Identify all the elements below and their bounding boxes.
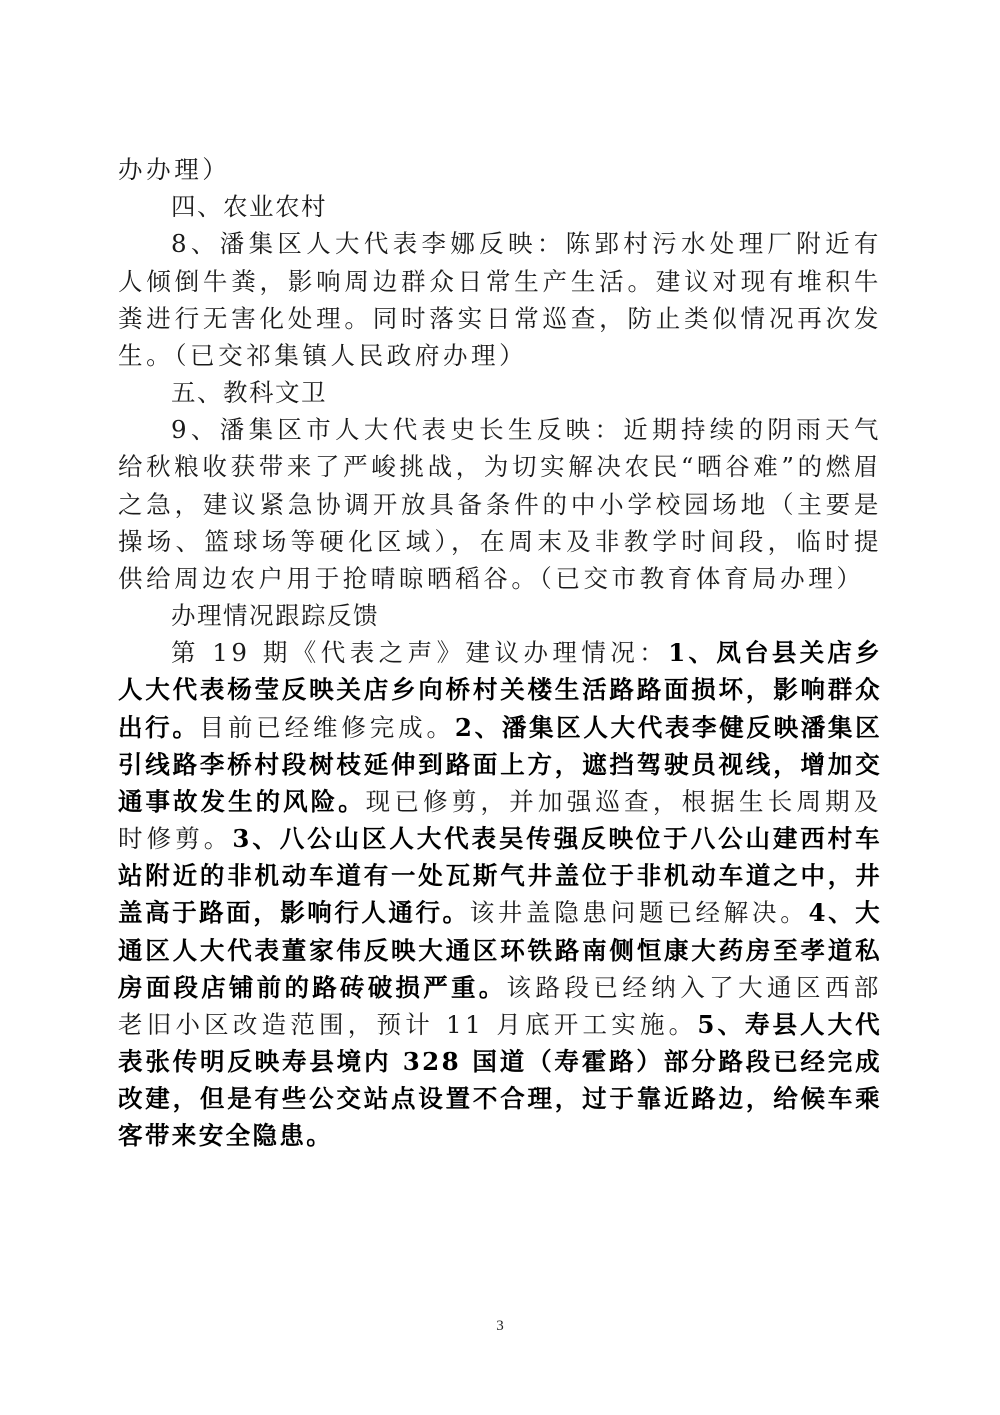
item-9-text: 9、潘集区市人大代表史长生反映：近期持续的阴雨天气给秋粮收获带来了严峻挑战，为切… <box>118 411 882 597</box>
item-8-text: 8、潘集区人大代表李娜反映：陈郢村污水处理厂附近有人倾倒牛粪，影响周边群众日常生… <box>118 225 882 374</box>
feedback-result-3: 该井盖隐患问题已经解决。 <box>470 898 809 927</box>
document-page: 办办理） 四、农业农村 8、潘集区人大代表李娜反映：陈郢村污水处理厂附近有人倾倒… <box>118 151 882 1155</box>
feedback-intro: 第 19 期《代表之声》建议办理情况： <box>171 638 668 667</box>
section-heading-agriculture: 四、农业农村 <box>118 188 882 225</box>
continuation-text: 办办理） <box>118 151 882 188</box>
feedback-result-1: 目前已经维修完成。 <box>200 713 455 742</box>
section-heading-education: 五、教科文卫 <box>118 374 882 411</box>
feedback-heading: 办理情况跟踪反馈 <box>118 597 882 634</box>
page-number: 3 <box>0 1318 1000 1335</box>
feedback-body: 第 19 期《代表之声》建议办理情况：1、凤台县关店乡人大代表杨莹反映关店乡向桥… <box>118 634 882 1154</box>
